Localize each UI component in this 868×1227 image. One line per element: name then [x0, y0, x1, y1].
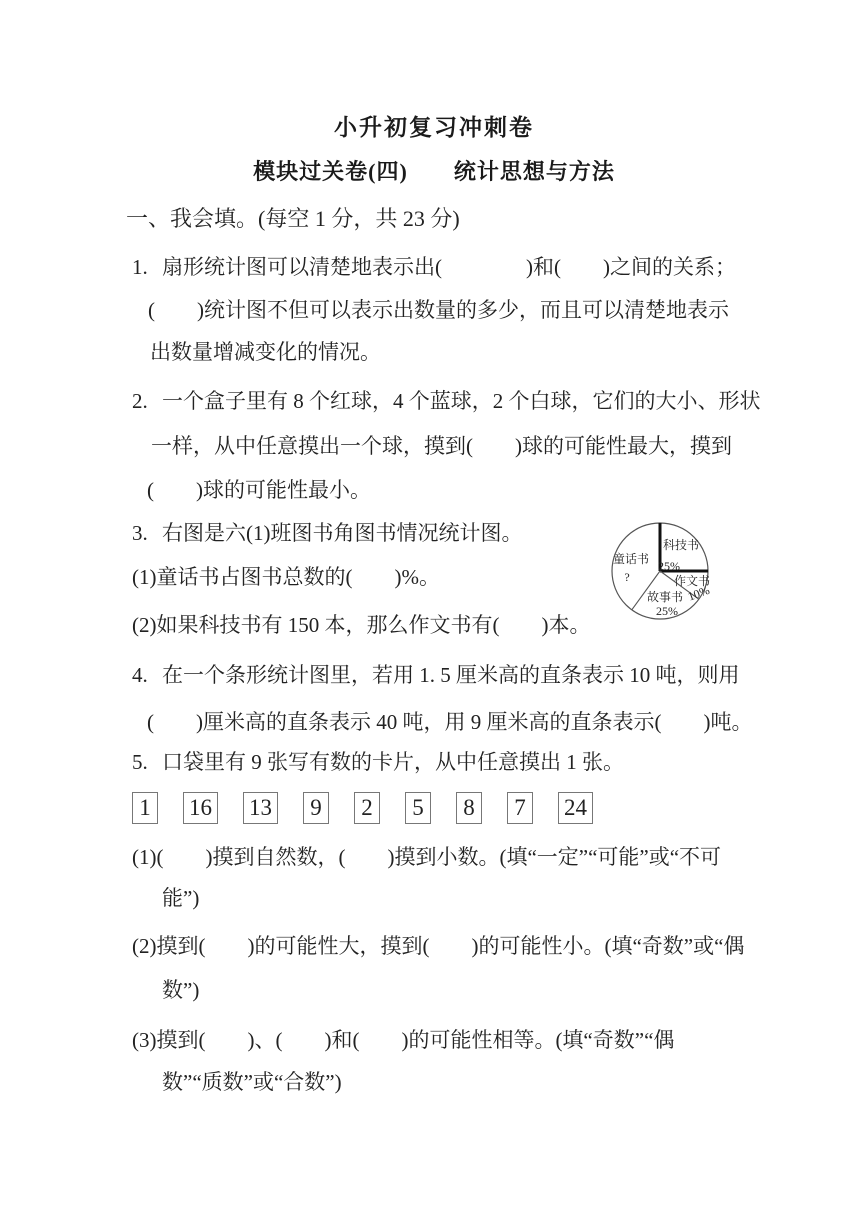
q1-text1: 扇形统计图可以清楚地表示出( )和( )之间的关系；	[162, 255, 736, 279]
slice-label-keji: 科技书	[663, 537, 699, 552]
slice-value-keji: 25%	[658, 559, 680, 573]
q3-text1: 右图是六(1)班图书角图书情况统计图。	[162, 521, 523, 545]
number-card: 9	[303, 792, 329, 824]
pie-chart: 科技书 25% 作文书 10% 故事书 25% 童话书 ?	[604, 516, 722, 626]
q5-line1: 5.口袋里有 9 张写有数的卡片，从中任意摸出 1 张。	[132, 748, 624, 776]
slice-label-gushi: 故事书	[647, 589, 683, 604]
number-card: 24	[558, 792, 593, 824]
exam-title: 小升初复习冲刺卷	[0, 112, 868, 144]
number-card: 5	[405, 792, 431, 824]
slice-value-tonghua: ?	[624, 570, 629, 584]
number-card: 2	[354, 792, 380, 824]
section-heading: 一、我会填。(每空 1 分，共 23 分)	[126, 204, 460, 234]
q3-number: 3.	[132, 519, 162, 547]
number-cards-row: 116139258724	[132, 792, 618, 824]
pie-chart-svg: 科技书 25% 作文书 10% 故事书 25% 童话书 ?	[604, 516, 722, 626]
q1-line2: ( )统计图不但可以表示出数量的多少，而且可以清楚地表示	[148, 296, 729, 324]
q3-sub2: (2)如果科技书有 150 本，那么作文书有( )本。	[132, 611, 590, 639]
q1-number: 1.	[132, 253, 162, 281]
exam-subtitle: 模块过关卷(四) 统计思想与方法	[0, 156, 868, 188]
number-card: 7	[507, 792, 533, 824]
q5-sub3-line2: 数”“质数”或“合数”)	[162, 1068, 342, 1096]
number-card: 16	[183, 792, 218, 824]
q1-line1: 1.扇形统计图可以清楚地表示出( )和( )之间的关系；	[132, 253, 736, 281]
q4-text1: 在一个条形统计图里，若用 1. 5 厘米高的直条表示 10 吨，则用	[162, 663, 740, 687]
q2-text1: 一个盒子里有 8 个红球，4 个蓝球，2 个白球，它们的大小、形状	[162, 389, 761, 413]
q5-number: 5.	[132, 748, 162, 776]
q4-number: 4.	[132, 661, 162, 689]
q4-line1: 4.在一个条形统计图里，若用 1. 5 厘米高的直条表示 10 吨，则用	[132, 661, 740, 689]
q3-sub1: (1)童话书占图书总数的( )%。	[132, 563, 440, 591]
q1-line3: 出数量增减变化的情况。	[150, 338, 381, 366]
number-card: 8	[456, 792, 482, 824]
q5-sub2-line1: (2)摸到( )的可能性大，摸到( )的可能性小。(填“奇数”或“偶	[132, 932, 744, 960]
q5-sub1-line1: (1)( )摸到自然数，( )摸到小数。(填“一定”“可能”或“不可	[132, 843, 721, 871]
slice-label-tonghua: 童话书	[613, 551, 649, 566]
q2-line3: ( )球的可能性最小。	[147, 476, 371, 504]
q5-text1: 口袋里有 9 张写有数的卡片，从中任意摸出 1 张。	[162, 750, 624, 774]
q5-sub2-line2: 数”)	[162, 976, 199, 1004]
q3-line1: 3.右图是六(1)班图书角图书情况统计图。	[132, 519, 523, 547]
number-card: 13	[243, 792, 278, 824]
number-card: 1	[132, 792, 158, 824]
slice-value-gushi: 25%	[656, 604, 678, 618]
q4-line2: ( )厘米高的直条表示 40 吨，用 9 厘米高的直条表示( )吨。	[147, 708, 752, 736]
q5-sub3-line1: (3)摸到( )、( )和( )的可能性相等。(填“奇数”“偶	[132, 1026, 674, 1054]
worksheet-page: 小升初复习冲刺卷 模块过关卷(四) 统计思想与方法 一、我会填。(每空 1 分，…	[0, 0, 868, 1227]
q2-line1: 2.一个盒子里有 8 个红球，4 个蓝球，2 个白球，它们的大小、形状	[132, 387, 761, 415]
q5-sub1-line2: 能”)	[162, 884, 199, 912]
q2-number: 2.	[132, 387, 162, 415]
q2-line2: 一样，从中任意摸出一个球，摸到( )球的可能性最大，摸到	[151, 432, 732, 460]
